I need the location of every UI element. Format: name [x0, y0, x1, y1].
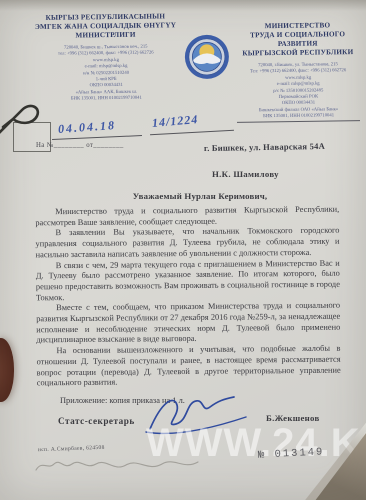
signer-position-title: Статс-секретарь — [58, 416, 135, 426]
handwritten-date: 04.04.18 — [58, 118, 117, 137]
salutation: Уважаемый Нурлан Керимович, — [40, 191, 360, 201]
body-paragraph: В заявлении Вы указываете, что начальник… — [35, 226, 339, 261]
news-site-watermark: WWW.24.KG — [146, 421, 366, 466]
recipient-name: Н.К. Шамилову — [212, 169, 279, 179]
letterhead-right-russian: МИНИСТЕРСТВО ТРУДА И СОЦИАЛЬНОГО РАЗВИТИ… — [231, 8, 364, 121]
finger-holding-paper — [0, 338, 14, 402]
body-paragraph: Вместе с тем, сообщаем, что приказом Мин… — [36, 301, 340, 346]
letterhead-right-title-line: ТРУДА И СОЦИАЛЬНОГО РАЗВИТИЯ — [232, 30, 364, 50]
handwritten-outgoing-number: 14/1224 — [151, 112, 198, 131]
kyrgyz-state-emblem-icon — [184, 34, 233, 122]
letterhead-left-title-line: МИНИСТРЛИГИ — [28, 30, 184, 41]
number-underline — [150, 130, 234, 135]
letter-body: Министерство труда и социального развити… — [35, 205, 341, 390]
letterhead-right-title-line: КЫРГЫЗСКОЙ РЕСПУБЛИКИ — [232, 48, 364, 59]
body-paragraph: Министерство труда и социального развити… — [35, 205, 339, 229]
body-paragraph: На основании вышеизложенного и учитывая,… — [36, 344, 340, 389]
photo-top-shadow — [0, 0, 366, 11]
letterhead: КЫРГЫЗ РЕСПУБЛИКАСЫНЫН ЭМГЕК ЖАНА СОЦИАЛ… — [27, 8, 364, 124]
letterhead-left-kyrgyz: КЫРГЫЗ РЕСПУБЛИКАСЫНЫН ЭМГЕК ЖАНА СОЦИАЛ… — [27, 10, 184, 124]
body-paragraph: В связи с чем, 29 марта текущего года с … — [36, 258, 340, 303]
recipient-address: г. Бишкек, ул. Наварская 54А — [204, 141, 325, 153]
paperclip-icon — [0, 94, 44, 145]
reply-reference-line: На №________ от________ — [36, 142, 124, 149]
letterhead-left-detail: БИК 135001, ИНН 01002199710041 — [28, 95, 184, 103]
scanned-letter-photo: КЫРГЫЗ РЕСПУБЛИКАСЫНЫН ЭМГЕК ЖАНА СОЦИАЛ… — [0, 0, 366, 500]
